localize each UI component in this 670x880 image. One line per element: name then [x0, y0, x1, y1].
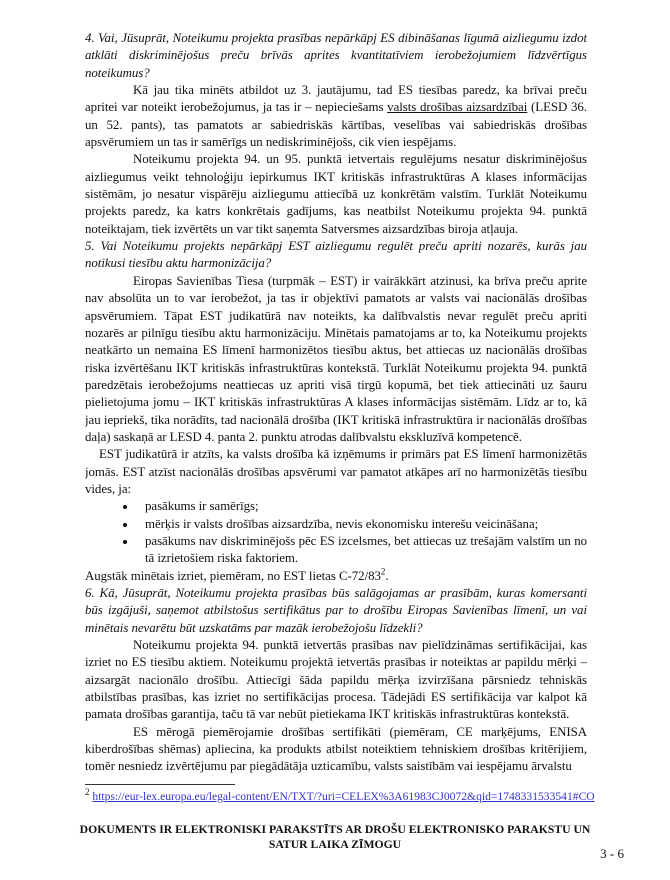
- answer-5-paragraph-2: EST judikatūrā ir atzīts, ka valsts droš…: [85, 446, 587, 498]
- answer-6-paragraph-2: ES mērogā piemērojamie drošības sertifik…: [85, 724, 587, 776]
- list-item: pasākums ir samērīgs;: [137, 498, 587, 515]
- answer-4-paragraph-1: Kā jau tika minēts atbildot uz 3. jautāj…: [85, 82, 587, 151]
- answer-5-paragraph-1: Eiropas Savienības Tiesa (turpmāk – EST)…: [85, 273, 587, 446]
- question-6: 6. Kā, Jūsuprāt, Noteikumu projekta pras…: [85, 585, 587, 637]
- case-reference-text: Augstāk minētais izriet, piemēram, no ES…: [85, 569, 381, 583]
- question-4: 4. Vai, Jūsuprāt, Noteikumu projekta pra…: [85, 30, 587, 82]
- conditions-list: pasākums ir samērīgs; mērķis ir valsts d…: [85, 498, 587, 567]
- answer-4-paragraph-2: Noteikumu projekta 94. un 95. punktā iet…: [85, 151, 587, 238]
- document-page: 4. Vai, Jūsuprāt, Noteikumu projekta pra…: [0, 0, 670, 880]
- footnote-marker: 2: [85, 787, 90, 797]
- document-body: 4. Vai, Jūsuprāt, Noteikumu projekta pra…: [85, 30, 587, 782]
- case-reference-period: .: [385, 569, 388, 583]
- footnote-area: 2 https://eur-lex.europa.eu/legal-conten…: [85, 784, 595, 804]
- question-5: 5. Vai Noteikumu projekts nepārkāpj EST …: [85, 238, 587, 273]
- list-item: pasākums nav diskriminējošs pēc ES izcel…: [137, 533, 587, 568]
- footnote-link[interactable]: https://eur-lex.europa.eu/legal-content/…: [92, 790, 594, 803]
- footnote: 2 https://eur-lex.europa.eu/legal-conten…: [85, 790, 595, 804]
- footnote-separator: [85, 784, 235, 785]
- underlined-phrase: valsts drošības aizsardzībai: [387, 100, 527, 114]
- case-reference-line: Augstāk minētais izriet, piemēram, no ES…: [85, 568, 587, 585]
- page-number: 3 - 6: [600, 846, 624, 862]
- footer-signature-statement: DOKUMENTS IR ELEKTRONISKI PARAKSTĪTS AR …: [62, 823, 608, 852]
- list-item: mērķis ir valsts drošības aizsardzība, n…: [137, 516, 587, 533]
- answer-6-paragraph-1: Noteikumu projekta 94. punktā ietvertās …: [85, 637, 587, 724]
